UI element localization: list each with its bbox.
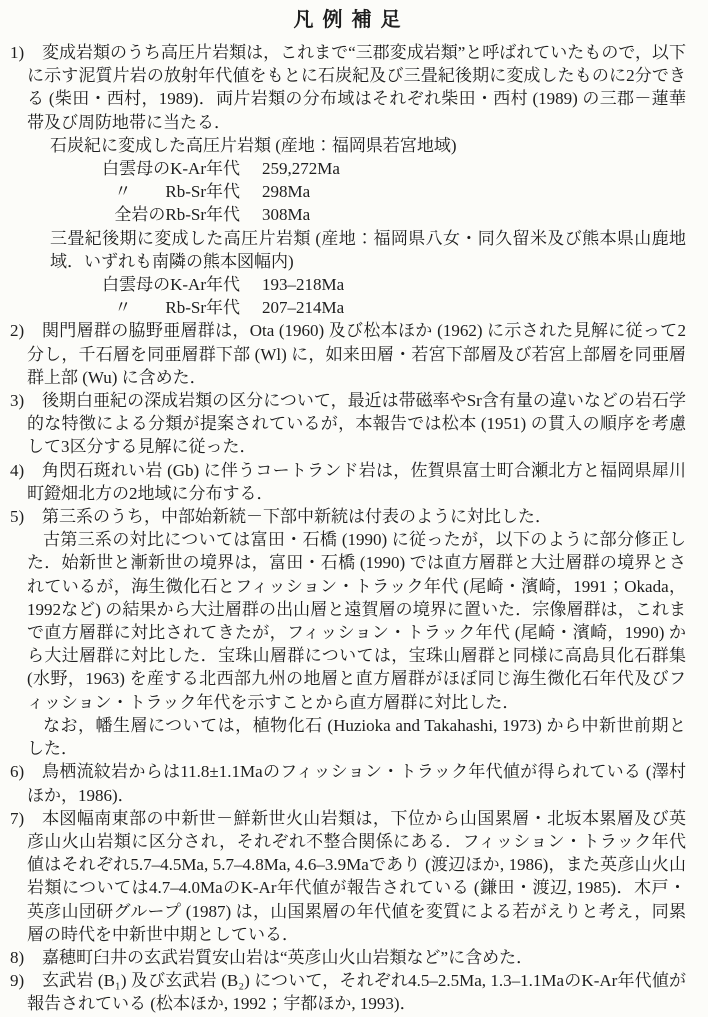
triassic-schist-heading: 三畳紀後期に変成した高圧片岩類 (産地：福岡県八女・同久留米及び熊本県山鹿地域．… (50, 227, 686, 273)
item-text: 鳥栖流紋岩からは11.8±1.1Maのフィッション・トラック年代値が得られている… (27, 760, 686, 806)
item-text: 後期白亜紀の深成岩類の区分について，最近は帯磁率やSr含有量の違いなどの岩石学的… (27, 389, 686, 459)
age-row: 白雲母のK-Ar年代 193–218Ma (27, 273, 344, 296)
note-item-8: 8) 嘉穂町臼井の玄武岩質安山岩は“英彦山火山岩類など”に含めた． (10, 946, 686, 969)
age-value: 308Ma (240, 203, 340, 226)
item-text: 変成岩類のうち高圧片岩類は，これまで“三郡変成岩類”と呼ばれていたもので，以下に… (27, 41, 686, 134)
item-text: 第三系のうち，中部始新統－下部中新統は付表のように対比した． (27, 505, 686, 528)
notes-list: 1) 変成岩類のうち高圧片岩類は，これまで“三郡変成岩類”と呼ばれていたもので，… (10, 41, 686, 1016)
age-value: 298Ma (240, 180, 340, 203)
age-row: 白雲母のK-Ar年代 259,272Ma (27, 157, 340, 180)
item-text: 角閃石斑れい岩 (Gb) に伴うコートランド岩は，佐賀県富士町合瀬北方と福岡県犀… (27, 459, 686, 505)
age-label: 〃 Rb-Sr年代 (27, 180, 240, 203)
age-row: 全岩のRb-Sr年代 308Ma (27, 203, 340, 226)
note-item-6: 6) 鳥栖流紋岩からは11.8±1.1Maのフィッション・トラック年代値が得られ… (10, 760, 686, 806)
item-number: 8) (10, 946, 24, 969)
item-number: 3) (10, 389, 24, 412)
item-text: なお，幡生層については，植物化石 (Huzioka and Takahashi,… (27, 714, 686, 760)
age-label: 白雲母のK-Ar年代 (27, 157, 240, 180)
age-label: 〃 Rb-Sr年代 (27, 296, 240, 319)
note-item-4: 4) 角閃石斑れい岩 (Gb) に伴うコートランド岩は，佐賀県富士町合瀬北方と福… (10, 459, 686, 505)
item-number: 1) (10, 41, 24, 64)
age-row: 〃 Rb-Sr年代 207–214Ma (27, 296, 344, 319)
carboniferous-age-table: 白雲母のK-Ar年代 259,272Ma 〃 Rb-Sr年代 298Ma 全岩の… (27, 157, 340, 227)
age-label: 白雲母のK-Ar年代 (27, 273, 240, 296)
legend-supplement-page: 凡 例 補 足 1) 変成岩類のうち高圧片岩類は，これまで“三郡変成岩類”と呼ば… (0, 0, 708, 1017)
triassic-age-table: 白雲母のK-Ar年代 193–218Ma 〃 Rb-Sr年代 207–214Ma (27, 273, 344, 319)
item-number: 2) (10, 319, 24, 342)
item-text: 関門層群の脇野亜層群は，Ota (1960) 及び松本ほか (1962) に示さ… (27, 319, 686, 389)
age-row: 〃 Rb-Sr年代 298Ma (27, 180, 340, 203)
age-value: 207–214Ma (240, 296, 344, 319)
item-text: 古第三系の対比については富田・石橋 (1990) に従ったが，以下のように部分修… (27, 528, 686, 714)
item-number: 7) (10, 807, 24, 830)
item-number: 9) (10, 969, 24, 992)
note-item-5: 5) 第三系のうち，中部始新統－下部中新統は付表のように対比した． 古第三系の対… (10, 505, 686, 760)
note-item-1: 1) 変成岩類のうち高圧片岩類は，これまで“三郡変成岩類”と呼ばれていたもので，… (10, 41, 686, 319)
note-item-3: 3) 後期白亜紀の深成岩類の区分について，最近は帯磁率やSr含有量の違いなどの岩… (10, 389, 686, 459)
item-number: 5) (10, 505, 24, 528)
item-number: 6) (10, 760, 24, 783)
note-item-2: 2) 関門層群の脇野亜層群は，Ota (1960) 及び松本ほか (1962) … (10, 319, 686, 389)
note-item-7: 7) 本図幅南東部の中新世－鮮新世火山岩類は，下位から山国累層・北坂本累層及び英… (10, 807, 686, 946)
item-number: 4) (10, 459, 24, 482)
item-text: 本図幅南東部の中新世－鮮新世火山岩類は，下位から山国累層・北坂本累層及び英彦山火… (27, 807, 686, 946)
age-label: 全岩のRb-Sr年代 (27, 203, 240, 226)
page-title: 凡 例 補 足 (10, 7, 686, 33)
item-text: 嘉穂町臼井の玄武岩質安山岩は“英彦山火山岩類など”に含めた． (27, 946, 686, 969)
age-value: 193–218Ma (240, 273, 344, 296)
note-item-9: 9) 玄武岩 (B₁) 及び玄武岩 (B₂) について，それぞれ4.5–2.5M… (10, 969, 686, 1015)
item-text: 玄武岩 (B₁) 及び玄武岩 (B₂) について，それぞれ4.5–2.5Ma, … (27, 969, 686, 1015)
carboniferous-schist-heading: 石炭紀に変成した高圧片岩類 (産地：福岡県若宮地域) (50, 134, 686, 157)
age-value: 259,272Ma (240, 157, 340, 180)
